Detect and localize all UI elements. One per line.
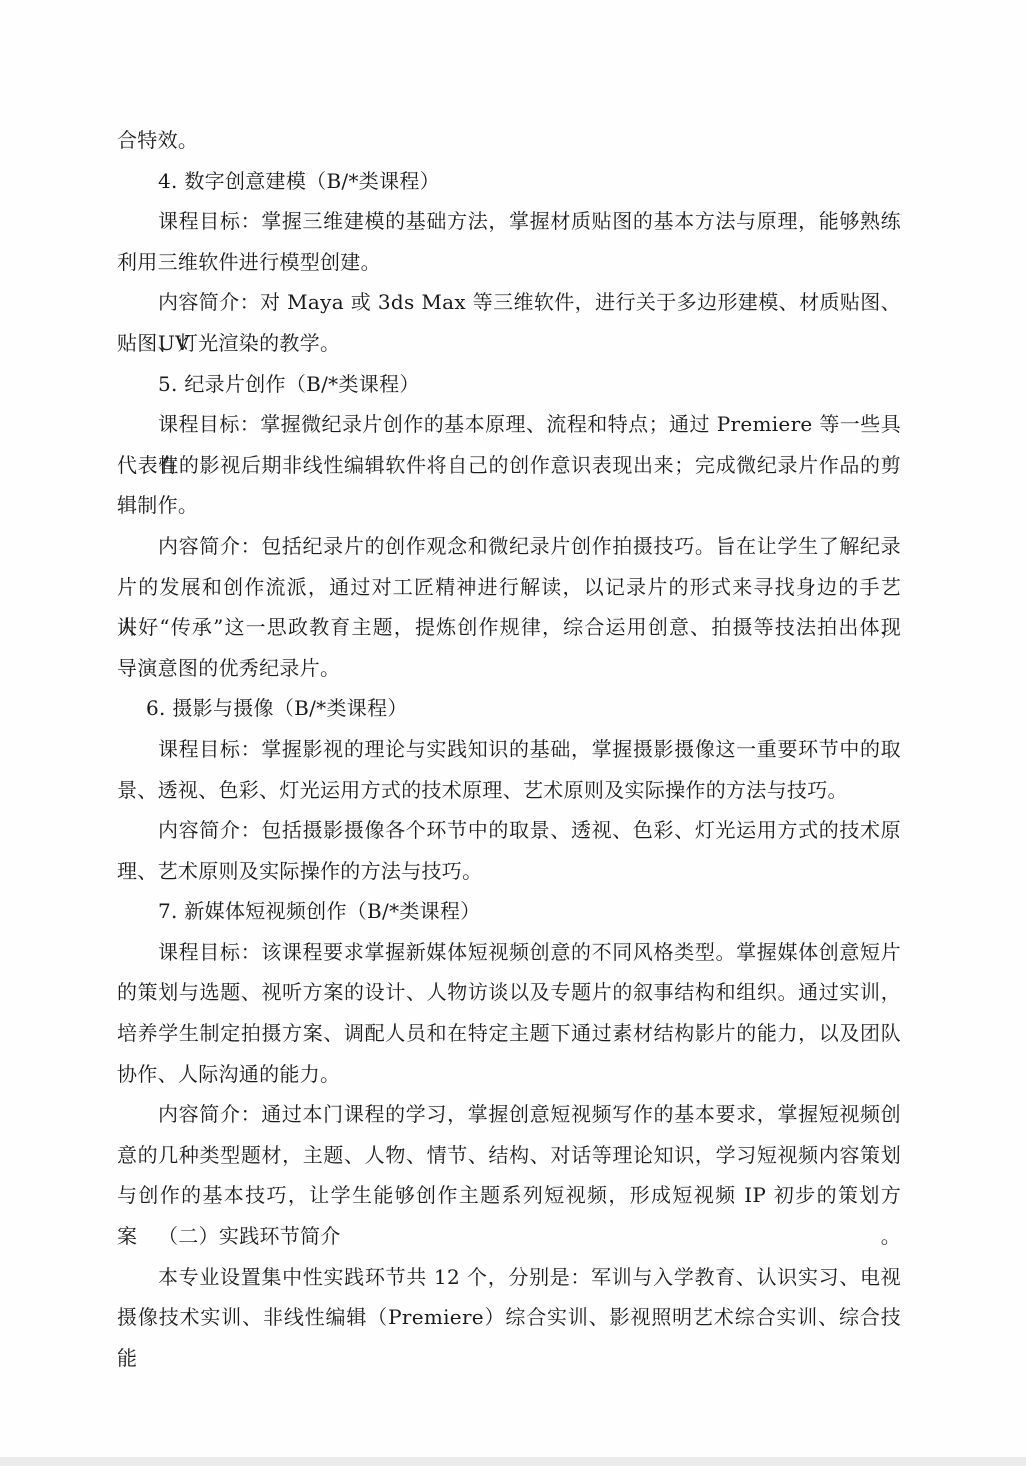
text-line: 与创作的基本技巧，让学生能够创作主题系列短视频，形成短视频 IP 初步的策划方案… bbox=[117, 1175, 901, 1216]
text-line: 课程目标：掌握三维建模的基础方法，掌握材质贴图的基本方法与原理，能够熟练 bbox=[117, 201, 901, 242]
text-line: 导演意图的优秀纪录片。 bbox=[117, 648, 901, 689]
text-line: 辑制作。 bbox=[117, 485, 901, 526]
text-line: 协作、人际沟通的能力。 bbox=[117, 1054, 901, 1095]
document-body: 合特效。 4. 数字创意建模（B/*类课程） 课程目标：掌握三维建模的基础方法，… bbox=[117, 120, 901, 1338]
text-line: 课程目标：掌握影视的理论与实践知识的基础，掌握摄影摄像这一重要环节中的取 bbox=[117, 729, 901, 770]
text-line: 景、透视、色彩、灯光运用方式的技术原理、艺术原则及实际操作的方法与技巧。 bbox=[117, 770, 901, 811]
text-line: 片的发展和创作流派，通过对工匠精神进行解读，以记录片的形式来寻找身边的手艺人， bbox=[117, 567, 901, 608]
text-line: 意的几种类型题材，主题、人物、情节、结构、对话等理论知识，学习短视频内容策划 bbox=[117, 1135, 901, 1176]
text-line: 课程目标：该课程要求掌握新媒体短视频创意的不同风格类型。掌握媒体创意短片 bbox=[117, 932, 901, 973]
text-line: 利用三维软件进行模型创建。 bbox=[117, 242, 901, 283]
text-line: 课程目标：掌握微纪录片创作的基本原理、流程和特点；通过 Premiere 等一些… bbox=[117, 404, 901, 445]
course-heading-photography: 6. 摄影与摄像（B/*类课程） bbox=[117, 688, 901, 729]
course-heading-short-video: 7. 新媒体短视频创作（B/*类课程） bbox=[117, 891, 901, 932]
text-line: 本专业设置集中性实践环节共 12 个，分别是：军训与入学教育、认识实习、电视 bbox=[117, 1257, 901, 1298]
course-heading-digital-modeling: 4. 数字创意建模（B/*类课程） bbox=[117, 161, 901, 202]
text-line: 的策划与选题、视听方案的设计、人物访谈以及专题片的叙事结构和组织。通过实训， bbox=[117, 972, 901, 1013]
text-line: 内容简介：通过本门课程的学习，掌握创意短视频写作的基本要求，掌握短视频创 bbox=[117, 1094, 901, 1135]
document-page: 合特效。 4. 数字创意建模（B/*类课程） 课程目标：掌握三维建模的基础方法，… bbox=[0, 0, 1026, 1457]
text-line: 摄像技术实训、非线性编辑（Premiere）综合实训、影视照明艺术综合实训、综合… bbox=[117, 1297, 901, 1338]
text-line: 内容简介：包括摄影摄像各个环节中的取景、透视、色彩、灯光运用方式的技术原 bbox=[117, 810, 901, 851]
text-line: 理、艺术原则及实际操作的方法与技巧。 bbox=[117, 851, 901, 892]
course-heading-documentary: 5. 纪录片创作（B/*类课程） bbox=[117, 364, 901, 405]
text-line: 合特效。 bbox=[117, 120, 901, 161]
text-line: 贴图、灯光渲染的教学。 bbox=[117, 323, 901, 364]
text-line: 代表性的影视后期非线性编辑软件将自己的创作意识表现出来；完成微纪录片作品的剪 bbox=[117, 445, 901, 486]
text-line: 培养学生制定拍摄方案、调配人员和在特定主题下通过素材结构影片的能力，以及团队 bbox=[117, 1013, 901, 1054]
text-line: 内容简介：对 Maya 或 3ds Max 等三维软件，进行关于多边形建模、材质… bbox=[117, 282, 901, 323]
text-line: 讲好“传承”这一思政教育主题，提炼创作规律，综合运用创意、拍摄等技法拍出体现 bbox=[117, 607, 901, 648]
text-line: 内容简介：包括纪录片的创作观念和微纪录片创作拍摄技巧。旨在让学生了解纪录 bbox=[117, 526, 901, 567]
